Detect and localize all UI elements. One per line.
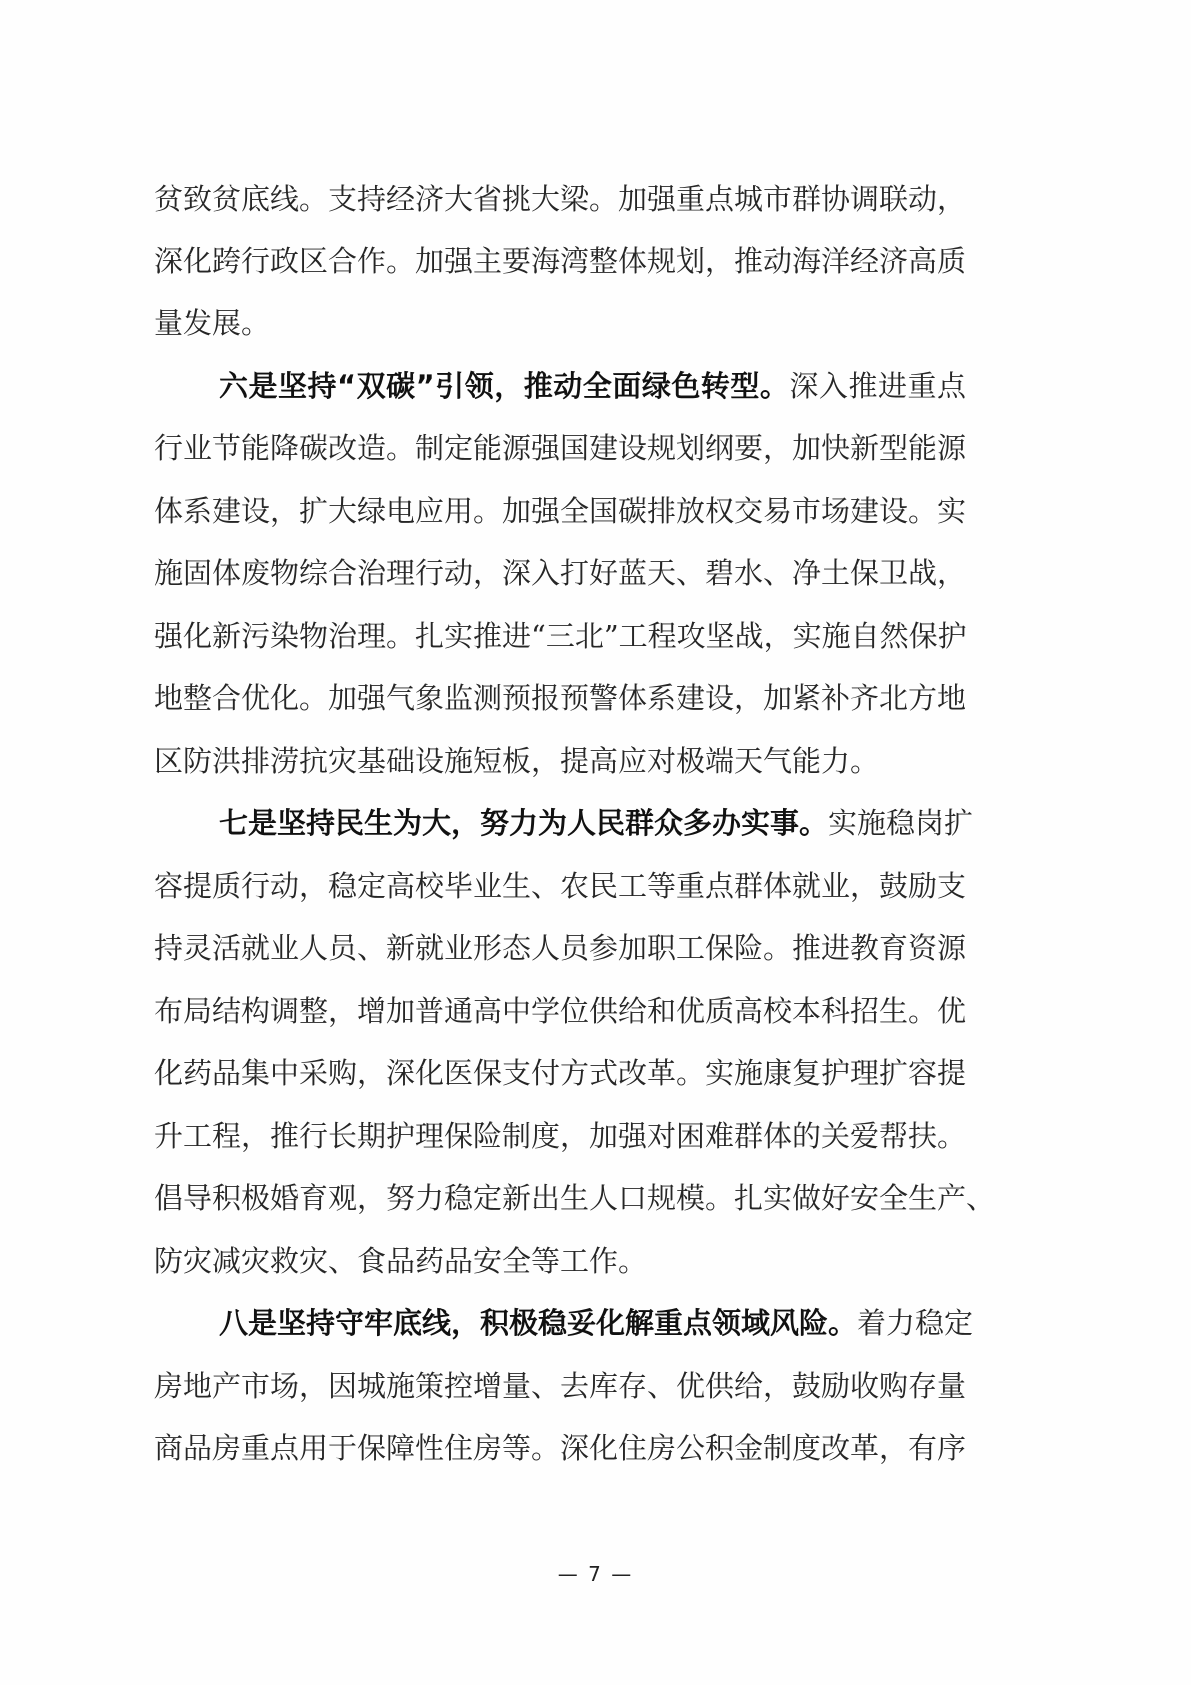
text-line: 行业节能降碳改造。制定能源强国建设规划纲要，加快新型能源 <box>154 428 966 468</box>
text-line: 体系建设，扩大绿电应用。加强全国碳排放权交易市场建设。实 <box>154 491 966 531</box>
line-text: 商品房重点用于保障性住房等。深化住房公积金制度改革，有序 <box>154 1431 966 1465</box>
text-line: 房地产市场，因城施策控增量、去库存、优供给，鼓励收购存量 <box>154 1366 966 1406</box>
text-line: 量发展。 <box>154 303 966 343</box>
line-text: 布局结构调整，增加普通高中学位供给和优质高校本科招生。优 <box>154 994 966 1028</box>
line-text: 强化新污染物治理。扎实推进“三北”工程攻坚战，实施自然保护 <box>154 619 967 653</box>
text-line: 升工程，推行长期护理保险制度，加强对困难群体的关爱帮扶。 <box>154 1116 966 1156</box>
document-page: 贫致贫底线。支持经济大省挑大梁。加强重点城市群协调联动， 深化跨行政区合作。加强… <box>0 0 1191 1685</box>
line-text: 持灵活就业人员、新就业形态人员参加职工保险。推进教育资源 <box>154 931 966 965</box>
line-text: 行业节能降碳改造。制定能源强国建设规划纲要，加快新型能源 <box>154 431 966 465</box>
line-text: 容提质行动，稳定高校毕业生、农民工等重点群体就业，鼓励支 <box>154 869 966 903</box>
text-line: 商品房重点用于保障性住房等。深化住房公积金制度改革，有序 <box>154 1428 966 1468</box>
paragraph-heading-seven: 七是坚持民生为大，努力为人民群众多办实事。 <box>219 806 828 840</box>
line-text: 量发展。 <box>154 306 270 340</box>
line-text: 施固体废物综合治理行动，深入打好蓝天、碧水、净土保卫战， <box>154 556 966 590</box>
line-text: 深化跨行政区合作。加强主要海湾整体规划，推动海洋经济高质 <box>154 244 966 278</box>
line-text: 房地产市场，因城施策控增量、去库存、优供给，鼓励收购存量 <box>154 1369 966 1403</box>
paragraph-heading-line: 七是坚持民生为大，努力为人民群众多办实事。实施稳岗扩 <box>219 803 966 843</box>
paragraph-heading-line: 六是坚持“双碳”引领，推动全面绿色转型。深入推进重点 <box>219 366 966 406</box>
line-text: 地整合优化。加强气象监测预报预警体系建设，加紧补齐北方地 <box>154 681 966 715</box>
line-text: 防灾减灾救灾、食品药品安全等工作。 <box>154 1244 647 1278</box>
text-line: 强化新污染物治理。扎实推进“三北”工程攻坚战，实施自然保护 <box>154 616 966 656</box>
text-line: 区防洪排涝抗灾基础设施短板，提高应对极端天气能力。 <box>154 741 966 781</box>
line-text: 区防洪排涝抗灾基础设施短板，提高应对极端天气能力。 <box>154 744 879 778</box>
paragraph-heading-line: 八是坚持守牢底线，积极稳妥化解重点领域风险。着力稳定 <box>219 1303 966 1343</box>
text-line: 施固体废物综合治理行动，深入打好蓝天、碧水、净土保卫战， <box>154 553 966 593</box>
line-text: 深入推进重点 <box>789 369 966 403</box>
line-text: 贫致贫底线。支持经济大省挑大梁。加强重点城市群协调联动， <box>154 182 966 216</box>
line-text: 实施稳岗扩 <box>828 806 973 840</box>
text-line: 贫致贫底线。支持经济大省挑大梁。加强重点城市群协调联动， <box>154 179 966 219</box>
line-text: 升工程，推行长期护理保险制度，加强对困难群体的关爱帮扶。 <box>154 1119 966 1153</box>
paragraph-heading-six: 六是坚持“双碳”引领，推动全面绿色转型。 <box>219 369 789 403</box>
page-number: — 7 — <box>0 1562 1191 1586</box>
text-line: 布局结构调整，增加普通高中学位供给和优质高校本科招生。优 <box>154 991 966 1031</box>
text-line: 深化跨行政区合作。加强主要海湾整体规划，推动海洋经济高质 <box>154 241 966 281</box>
line-text: 化药品集中采购，深化医保支付方式改革。实施康复护理扩容提 <box>154 1056 966 1090</box>
line-text: 着力稳定 <box>857 1306 973 1340</box>
text-line: 地整合优化。加强气象监测预报预警体系建设，加紧补齐北方地 <box>154 678 966 718</box>
line-text: 倡导积极婚育观，努力稳定新出生人口规模。扎实做好安全生产、 <box>154 1181 995 1215</box>
text-line: 持灵活就业人员、新就业形态人员参加职工保险。推进教育资源 <box>154 928 966 968</box>
text-line: 防灾减灾救灾、食品药品安全等工作。 <box>154 1241 966 1281</box>
paragraph-heading-eight: 八是坚持守牢底线，积极稳妥化解重点领域风险。 <box>219 1306 857 1340</box>
text-line: 容提质行动，稳定高校毕业生、农民工等重点群体就业，鼓励支 <box>154 866 966 906</box>
text-line: 化药品集中采购，深化医保支付方式改革。实施康复护理扩容提 <box>154 1053 966 1093</box>
text-line: 倡导积极婚育观，努力稳定新出生人口规模。扎实做好安全生产、 <box>154 1178 966 1218</box>
line-text: 体系建设，扩大绿电应用。加强全国碳排放权交易市场建设。实 <box>154 494 966 528</box>
